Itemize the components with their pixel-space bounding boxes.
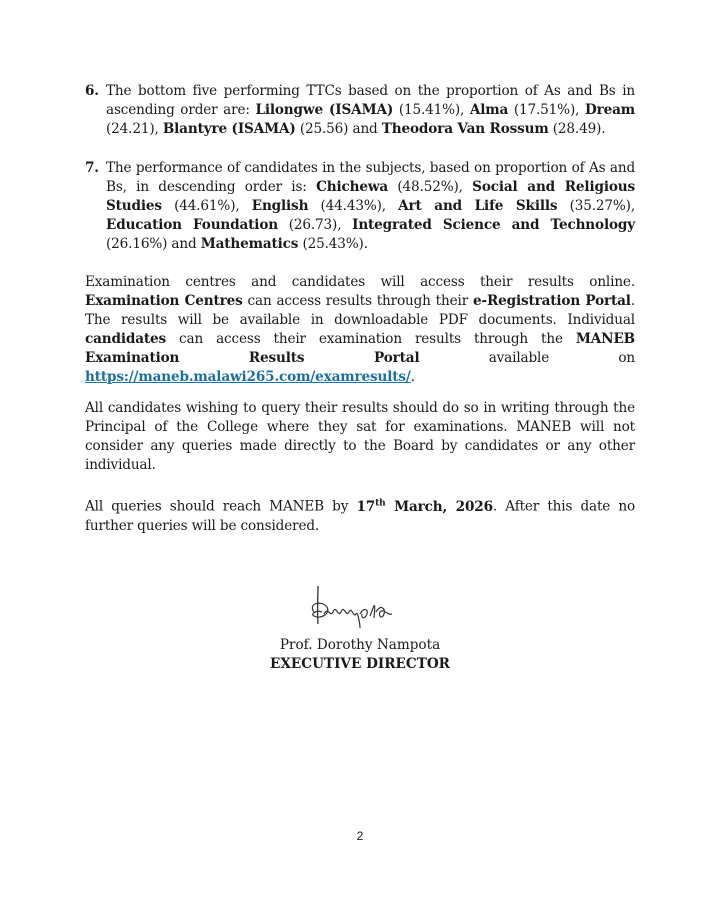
signature-image — [300, 582, 420, 632]
list-item-7: 7. The performance of candidates in the … — [85, 159, 635, 254]
page-number: 2 — [0, 829, 720, 843]
results-portal-link[interactable]: https://maneb.malawi265.com/examresults/ — [85, 369, 411, 385]
item-number: 7. — [85, 159, 99, 178]
item-number: 6. — [85, 82, 99, 101]
document-page: 6. The bottom five performing TTCs based… — [0, 0, 720, 923]
item-body: The bottom five performing TTCs based on… — [106, 82, 635, 139]
signatory-title: EXECUTIVE DIRECTOR — [0, 656, 720, 672]
deadline-date: 17th March, 2026 — [356, 499, 492, 515]
queries-paragraph: All candidates wishing to query their re… — [85, 399, 635, 475]
deadline-paragraph: All queries should reach MANEB by 17th M… — [85, 494, 635, 536]
signatory-name: Prof. Dorothy Nampota — [0, 637, 720, 653]
item-body: The performance of candidates in the sub… — [106, 159, 635, 254]
list-item-6: 6. The bottom five performing TTCs based… — [85, 82, 635, 139]
results-access-paragraph: Examination centres and candidates will … — [85, 273, 635, 387]
